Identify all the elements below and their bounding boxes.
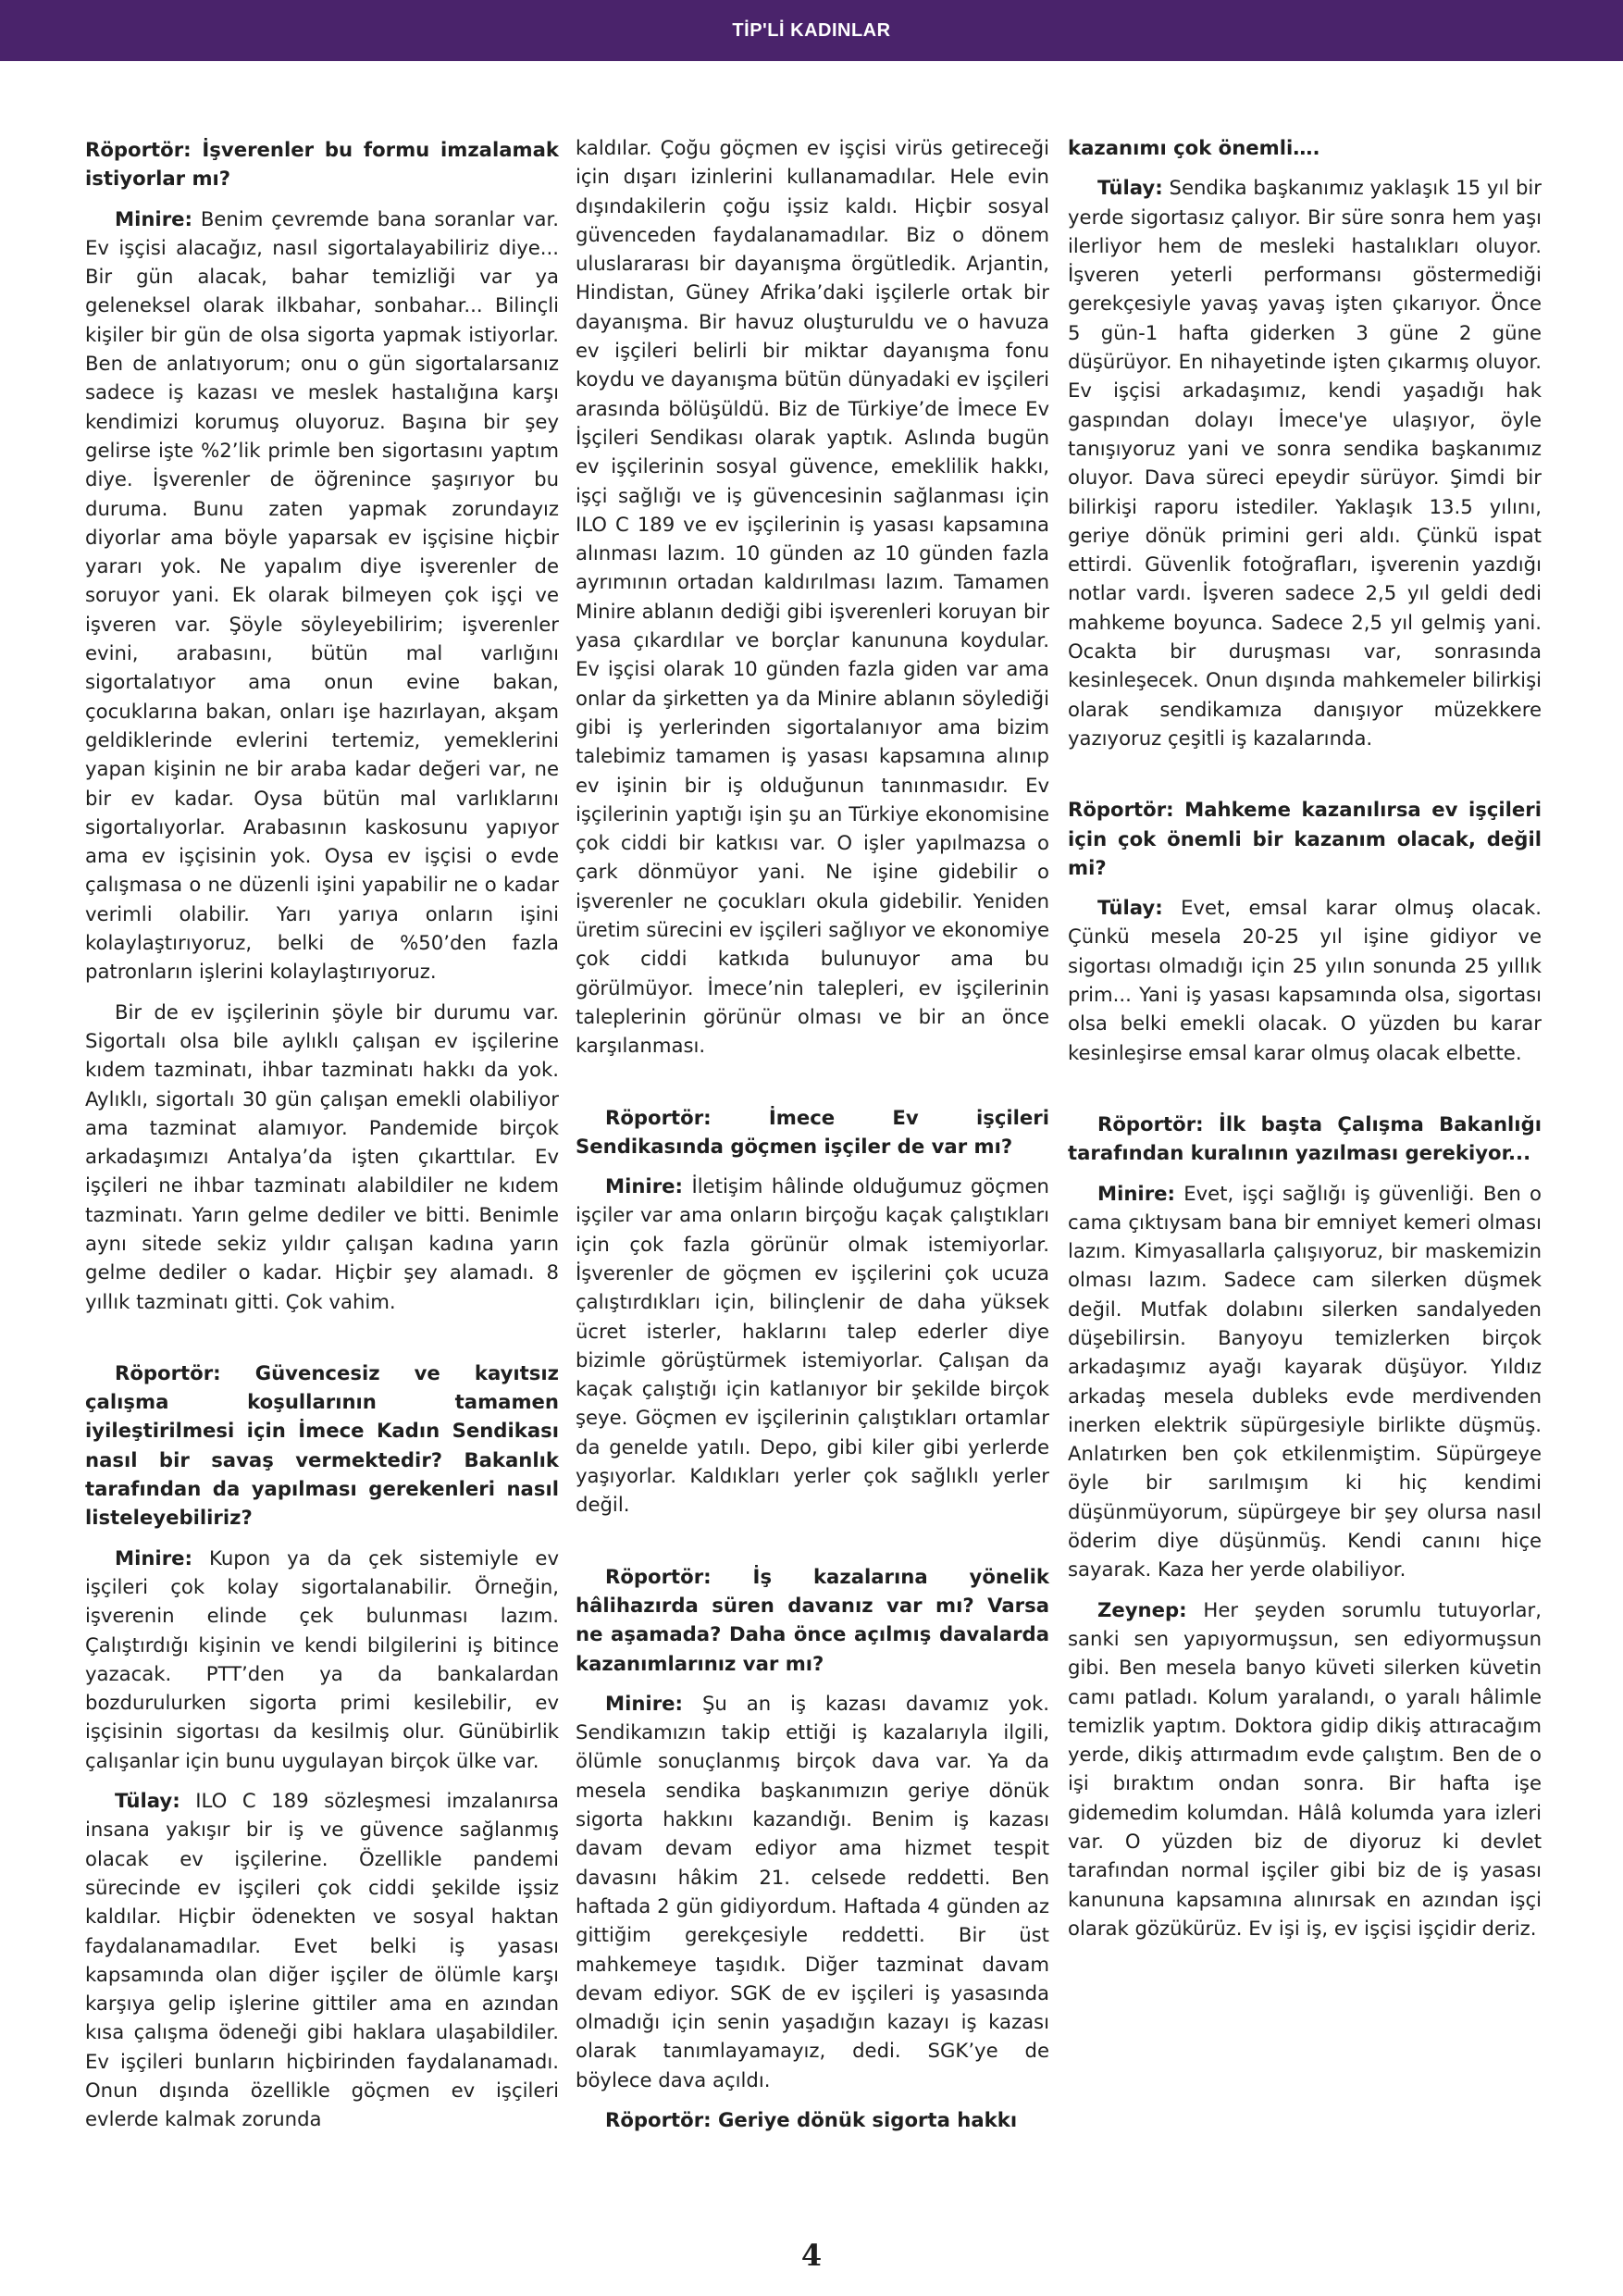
answer-text: Evet, işçi sağlığı iş güvenliği. Ben o c… [1068,1182,1542,1582]
interviewee-answer: Tülay: Sendika başkanımız yaklaşık 15 yı… [1068,173,1542,752]
interviewee-answer: Tülay: ILO C 189 sözleşmesi imzalanırsa … [85,1786,559,2134]
interviewee-answer: Zeynep: Her şeyden sorumlu tutuyorlar, s… [1068,1595,1542,1943]
answer-text: Benim çevremde bana soranlar var. Ev işç… [85,207,559,984]
article-column-3: kazanımı çok önemli…. Tülay: Sendika baş… [1068,133,1542,1954]
speaker-label: Zeynep: [1097,1598,1187,1621]
speaker-label: Minire: [605,1692,683,1715]
answer-text: Her şeyden sorumlu tutuyorlar, sanki sen… [1068,1598,1542,1940]
article-column-2: kaldılar. Çoğu göçmen ev işçisi virüs ge… [576,133,1049,2145]
speaker-label: Tülay: [115,1789,180,1812]
interviewer-question-continuation: kazanımı çok önemli…. [1068,133,1542,162]
interviewer-question: Röportör: İmece Ev işçileri Sendikasında… [576,1103,1049,1161]
answer-text: Şu an iş kazası davamız yok. Sendikamızı… [576,1692,1049,2091]
interviewer-question: Röportör: İlk başta Çalışma Bakanlığı ta… [1068,1110,1542,1168]
article-column-1: Röportör: İşverenler bu formu imzalamak … [85,135,559,2145]
speaker-label: Minire: [115,207,192,230]
interviewer-question: Röportör: İşverenler bu formu imzalamak … [85,135,559,193]
speaker-label: Minire: [605,1174,683,1198]
interviewer-question: Röportör: İş kazalarına yönelik hâlihazı… [576,1562,1049,1678]
interviewer-question: Röportör: Mahkeme kazanılırsa ev işçiler… [1068,795,1542,882]
section-title: TİP'Lİ KADINLAR [732,20,890,42]
interviewer-question: Röportör: Geriye dönük sigorta hakkı [576,2105,1049,2134]
section-header-band: TİP'Lİ KADINLAR [0,0,1623,61]
answer-text: kaldılar. Çoğu göçmen ev işçisi virüs ge… [576,136,1049,1057]
speaker-label: Minire: [115,1546,192,1570]
page-number: 4 [0,2238,1623,2273]
speaker-label: Minire: [1097,1182,1175,1205]
answer-text: Evet, emsal karar olmuş olacak. Çünkü me… [1068,896,1542,1063]
answer-text: Bir de ev işçilerinin şöyle bir durumu v… [85,1000,559,1313]
interviewee-answer: Minire: İletişim hâlinde olduğumuz göçme… [576,1172,1049,1520]
interviewee-answer: Bir de ev işçilerinin şöyle bir durumu v… [85,998,559,1316]
interviewee-answer: Minire: Kupon ya da çek sistemiyle ev iş… [85,1544,559,1775]
interviewee-answer: Minire: Evet, işçi sağlığı iş güvenliği.… [1068,1179,1542,1584]
answer-continuation: kaldılar. Çoğu göçmen ev işçisi virüs ge… [576,133,1049,1061]
answer-text: ILO C 189 sözleşmesi imzalanırsa insana … [85,1789,559,2130]
interviewee-answer: Tülay: Evet, emsal karar olmuş olacak. Ç… [1068,893,1542,1067]
speaker-label: Tülay: [1097,176,1163,199]
interviewer-question: Röportör: Güvencesiz ve kayıtsız çalışma… [85,1359,559,1533]
answer-text: İletişim hâlinde olduğumuz göçmen işçile… [576,1174,1049,1516]
speaker-label: Tülay: [1097,896,1163,919]
interviewee-answer: Minire: Şu an iş kazası davamız yok. Sen… [576,1689,1049,2094]
interviewee-answer: Minire: Benim çevremde bana soranlar var… [85,205,559,987]
answer-text: Kupon ya da çek sistemiyle ev işçileri ç… [85,1546,559,1772]
answer-text: Sendika başkanımız yaklaşık 15 yıl bir y… [1068,176,1542,750]
